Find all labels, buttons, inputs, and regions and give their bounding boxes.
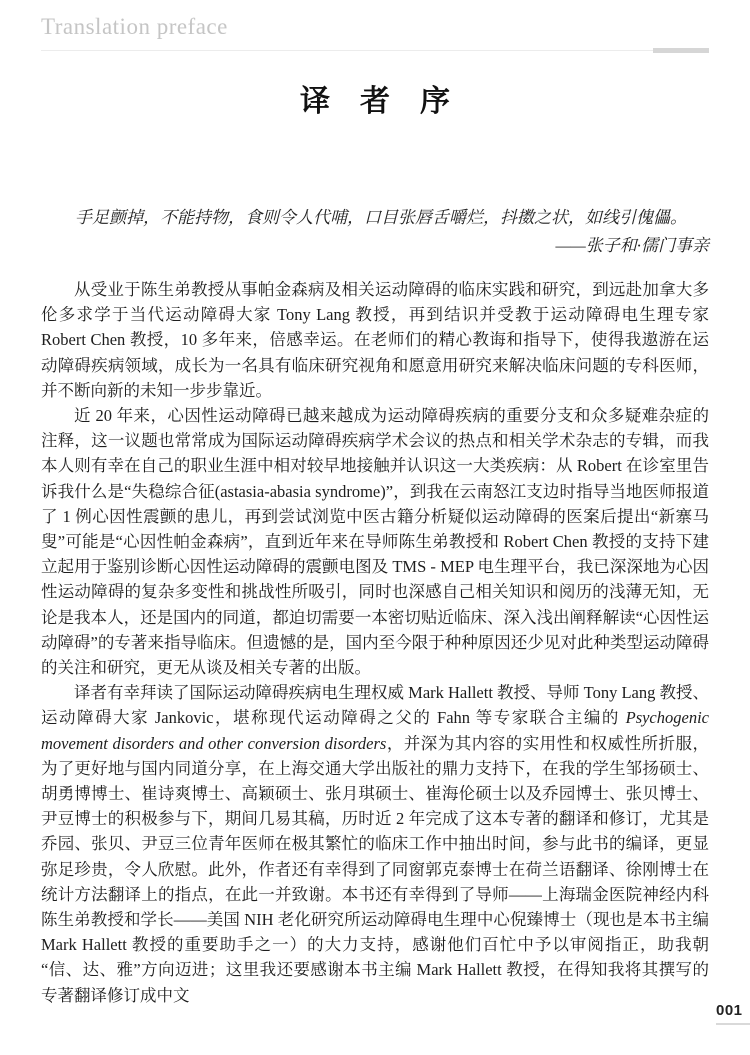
- epigraph-attribution: ——张子和·儒门事亲: [41, 232, 709, 260]
- running-head: Translation preface: [41, 14, 228, 40]
- header-rule: [41, 50, 709, 51]
- page-number-block: 001: [716, 1002, 750, 1025]
- paragraph-2: 近 20 年来，心因性运动障碍已越来越成为运动障碍疾病的重要分支和众多疑难杂症的…: [41, 403, 709, 680]
- header-rule-accent: [653, 48, 709, 53]
- page-number: 001: [716, 1002, 743, 1019]
- paragraph-1: 从受业于陈生弟教授从事帕金森病及相关运动障碍的临床实践和研究，到远赴加拿大多伦多…: [41, 277, 709, 403]
- epigraph: 手足颤掉，不能持物，食则令人代哺，口目张唇舌嚼烂，抖擞之状，如线引傀儡。 ——张…: [41, 204, 709, 260]
- paragraph-3-lead: 译者有幸拜读了国际运动障碍疾病电生理权威 Mark Hallett 教授、导师 …: [41, 683, 709, 727]
- preface-page: Translation preface 译 者 序 手足颤掉，不能持物，食则令人…: [0, 0, 750, 1055]
- preface-body: 从受业于陈生弟教授从事帕金森病及相关运动障碍的临床实践和研究，到远赴加拿大多伦多…: [41, 277, 709, 1008]
- paragraph-3: 译者有幸拜读了国际运动障碍疾病电生理权威 Mark Hallett 教授、导师 …: [41, 680, 709, 1008]
- epigraph-quote: 手足颤掉，不能持物，食则令人代哺，口目张唇舌嚼烂，抖擞之状，如线引傀儡。: [41, 204, 709, 232]
- page-title: 译 者 序: [0, 76, 750, 120]
- paragraph-3-tail: ，并深为其内容的实用性和权威性所折服，为了更好地与国内同道分享，在上海交通大学出…: [41, 734, 709, 1005]
